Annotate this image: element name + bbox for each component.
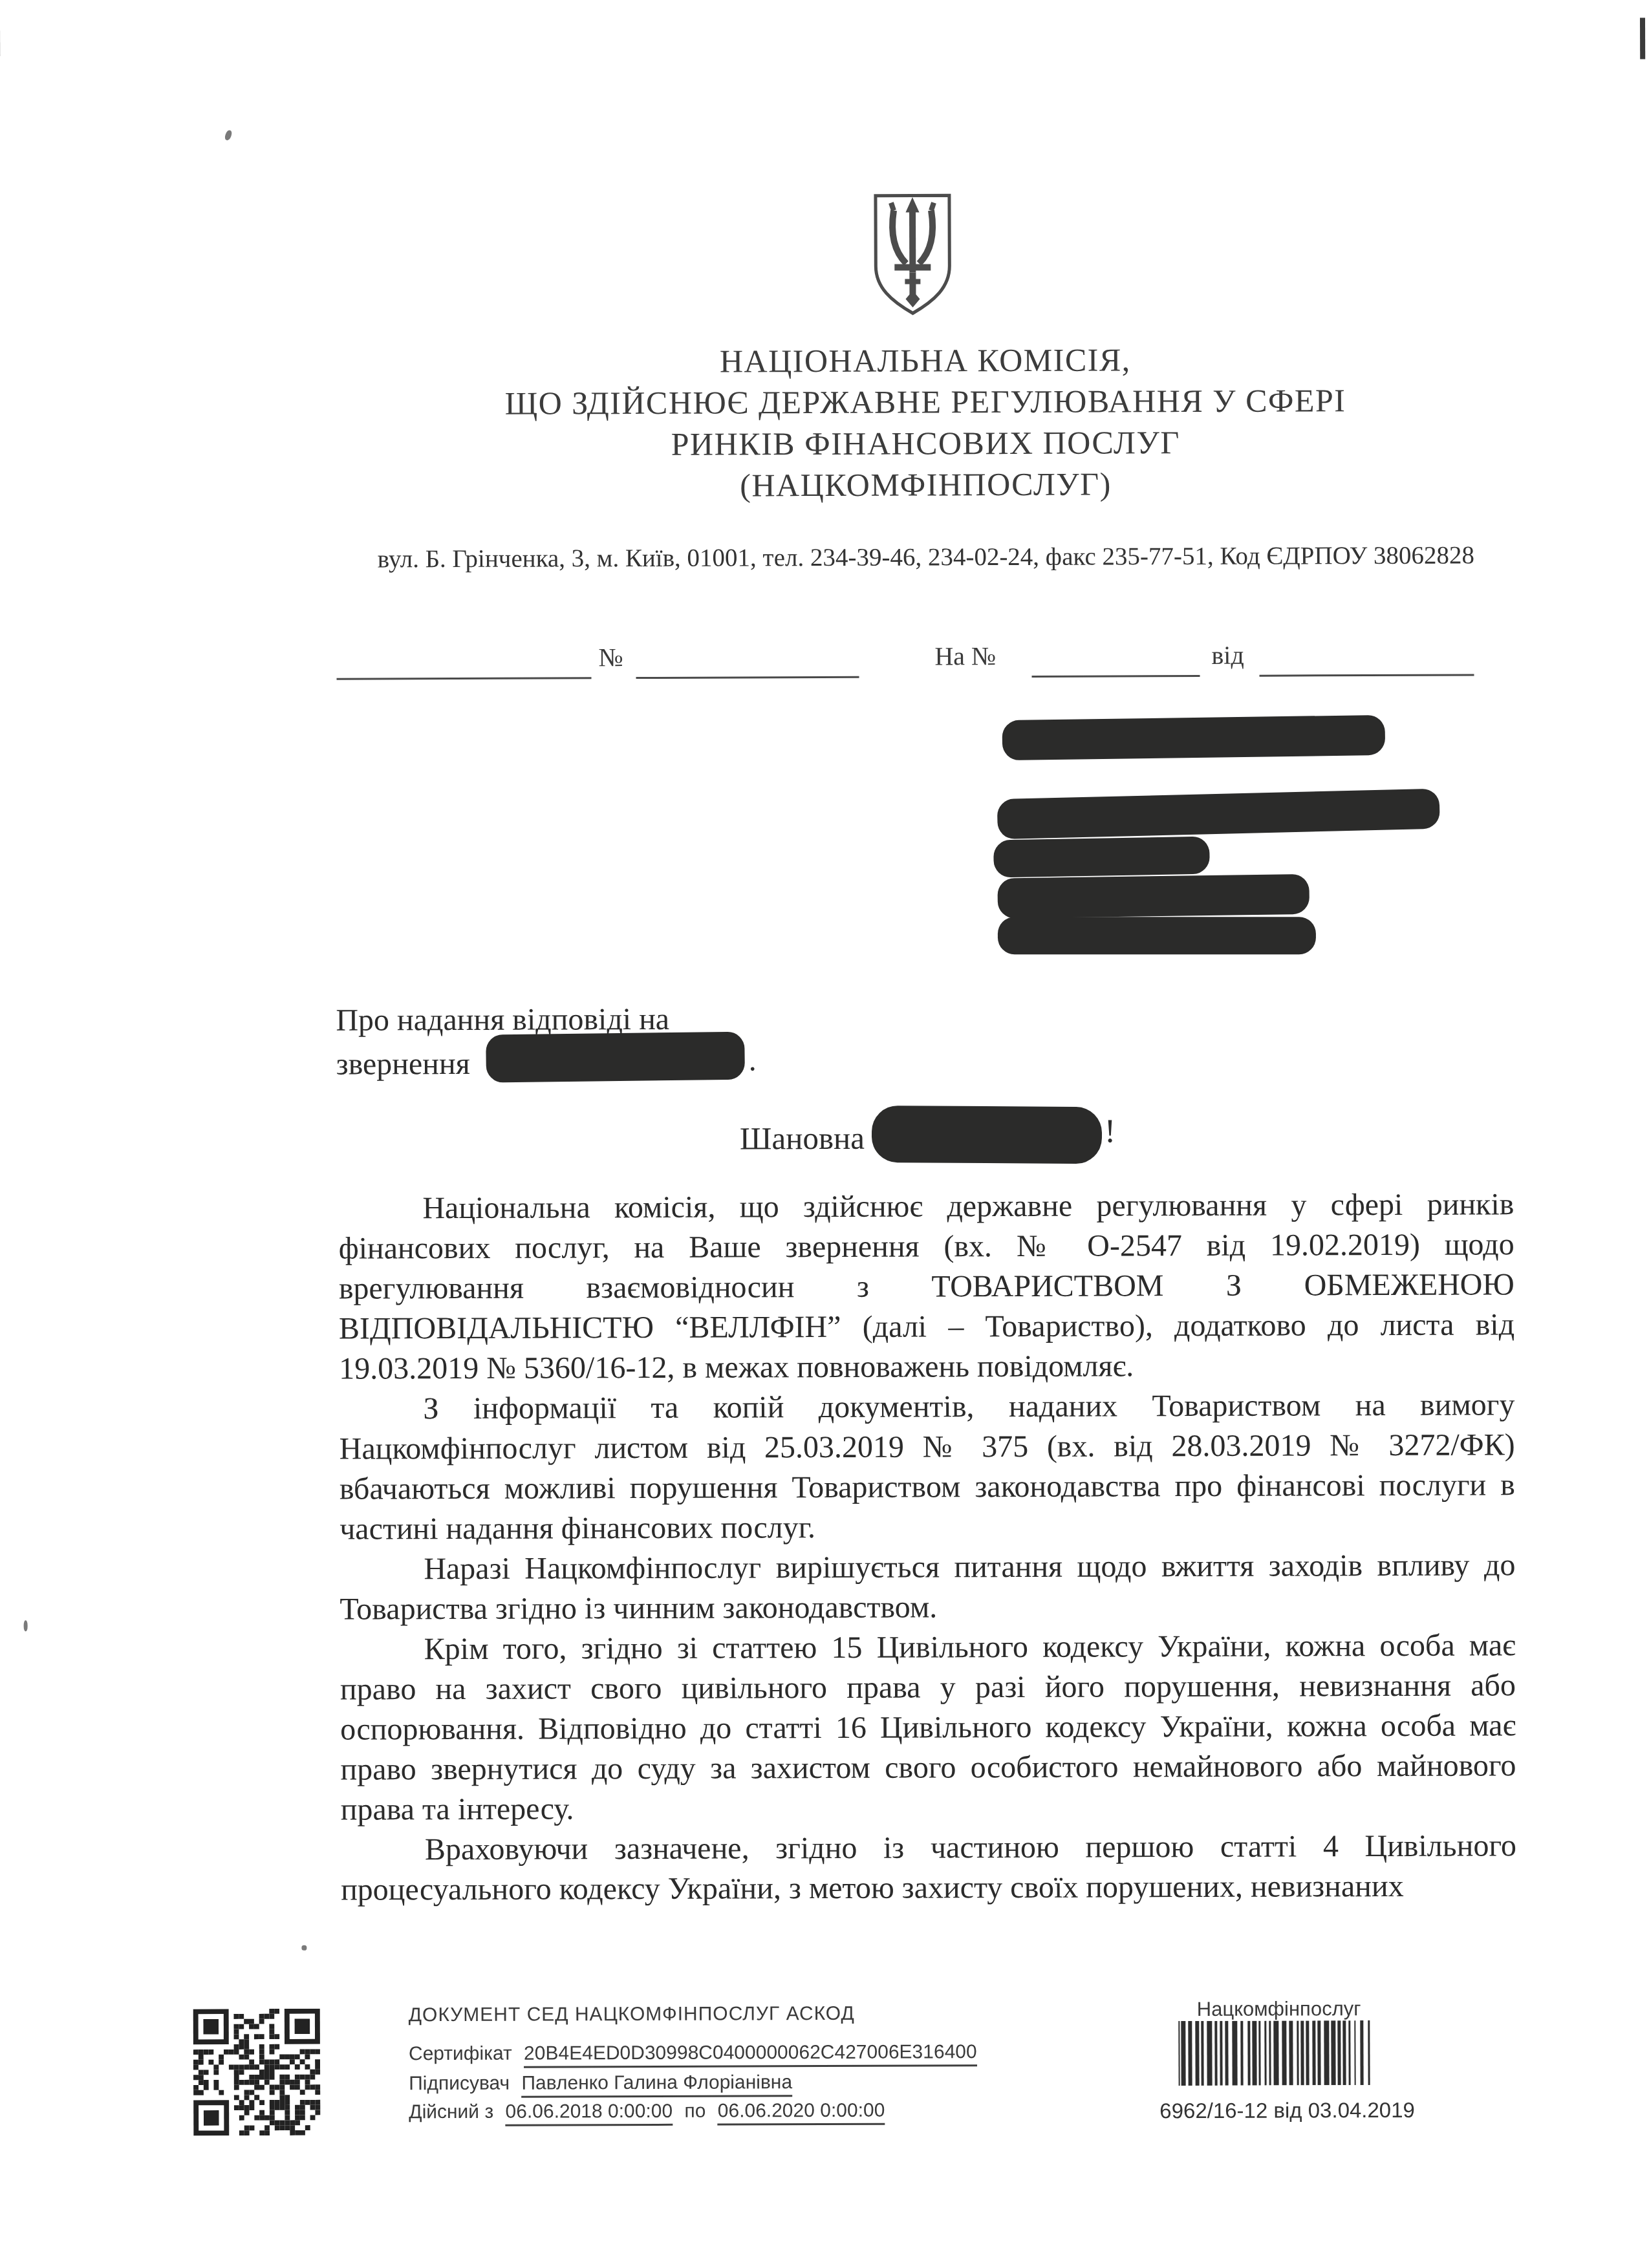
qr-code bbox=[191, 2009, 323, 2136]
scan-speck bbox=[301, 1945, 307, 1951]
redaction-bar-salutation-name bbox=[872, 1106, 1103, 1164]
validity-from: 06.06.2018 0:00:00 bbox=[505, 2101, 673, 2126]
org-contact-line: вул. Б. Грінченка, 3, м. Київ, 01001, те… bbox=[231, 540, 1621, 575]
validity-prefix: Дійсний з bbox=[409, 2101, 493, 2123]
ref-incoming-label: На № bbox=[934, 641, 996, 671]
ref-blank-line bbox=[636, 676, 859, 679]
salutation-prefix: Шановна bbox=[740, 1120, 865, 1157]
redaction-bar-subject bbox=[486, 1032, 745, 1083]
qr-code-svg bbox=[191, 2009, 323, 2136]
validity-line: Дійсний з 06.06.2018 0:00:00 по 06.06.20… bbox=[409, 2100, 891, 2124]
org-name-line: РИНКІВ ФІНАНСОВИХ ПОСЛУГ bbox=[230, 420, 1621, 467]
subject-period: . bbox=[749, 1042, 757, 1078]
body-paragraph: Національна комісія, що здійснює державн… bbox=[338, 1184, 1514, 1389]
redaction-bar-village bbox=[993, 837, 1210, 878]
org-name-line: (НАЦКОМФІНПОСЛУГ) bbox=[230, 462, 1621, 508]
ref-blank-line bbox=[337, 677, 592, 679]
ref-blank-line bbox=[1260, 674, 1474, 676]
validity-separator: по bbox=[684, 2101, 706, 2122]
ref-date-label: від bbox=[1211, 640, 1244, 670]
registration-number: 6962/16-12 від 03.04.2019 bbox=[1159, 2098, 1415, 2123]
salutation-exclamation: ! bbox=[1105, 1112, 1116, 1150]
scan-speck bbox=[24, 1620, 28, 1631]
certificate-value: 20B4E4ED0D30998C0400000062C427006E316400 bbox=[524, 2041, 977, 2068]
signer-label: Підписувач bbox=[409, 2073, 510, 2095]
ref-number-label: № bbox=[598, 642, 623, 672]
signer-value: Павленко Галина Флоріанівна bbox=[521, 2071, 792, 2097]
scanned-letter-page: { "letterhead": { "emblem_icon": "ukrain… bbox=[0, 0, 1649, 2268]
barcode bbox=[1176, 2020, 1375, 2086]
scan-edge-mark bbox=[1640, 18, 1645, 59]
letter-sheet: НАЦІОНАЛЬНА КОМІСІЯ, ЩО ЗДІЙСНЮЄ ДЕРЖАВН… bbox=[0, 0, 1649, 2268]
certificate-label: Сертифікат bbox=[409, 2043, 512, 2065]
body-paragraph: Наразі Нацкомфінпослуг вирішується питан… bbox=[339, 1545, 1515, 1629]
redaction-bar-region bbox=[998, 917, 1316, 954]
redaction-bar-recipient-name bbox=[1002, 715, 1385, 760]
org-name-line: НАЦІОНАЛЬНА КОМІСІЯ, bbox=[230, 337, 1621, 384]
signer-line: Підписувач Павленко Галина Флоріанівна bbox=[409, 2071, 799, 2095]
sed-system-line: ДОКУМЕНТ СЕД НАЦКОМФІНПОСЛУГ АСКОД bbox=[409, 2003, 855, 2026]
body-paragraph: Враховуючи зазначене, згідно із частиною… bbox=[341, 1826, 1516, 1910]
ukraine-trident-emblem-icon bbox=[871, 191, 954, 317]
redaction-bar-street bbox=[997, 789, 1440, 840]
redaction-bar-district bbox=[997, 874, 1309, 919]
scan-speck bbox=[224, 129, 233, 141]
letter-body: Національна комісія, що здійснює державн… bbox=[338, 1184, 1516, 1910]
body-paragraph: З інформації та копій документів, надани… bbox=[339, 1385, 1515, 1549]
registration-org-label: Нацкомфінпослуг bbox=[1197, 1997, 1361, 2021]
validity-to: 06.06.2020 0:00:00 bbox=[718, 2100, 885, 2126]
barcode-svg bbox=[1176, 2020, 1375, 2086]
org-name: НАЦІОНАЛЬНА КОМІСІЯ, ЩО ЗДІЙСНЮЄ ДЕРЖАВН… bbox=[230, 337, 1621, 508]
body-paragraph: Крім того, згідно зі статтею 15 Цивільно… bbox=[340, 1625, 1516, 1830]
org-name-line: ЩО ЗДІЙСНЮЄ ДЕРЖАВНЕ РЕГУЛЮВАННЯ У СФЕРІ bbox=[230, 379, 1621, 425]
certificate-line: Сертифікат 20B4E4ED0D30998C0400000062C42… bbox=[409, 2041, 984, 2065]
ref-blank-line bbox=[1032, 675, 1200, 678]
